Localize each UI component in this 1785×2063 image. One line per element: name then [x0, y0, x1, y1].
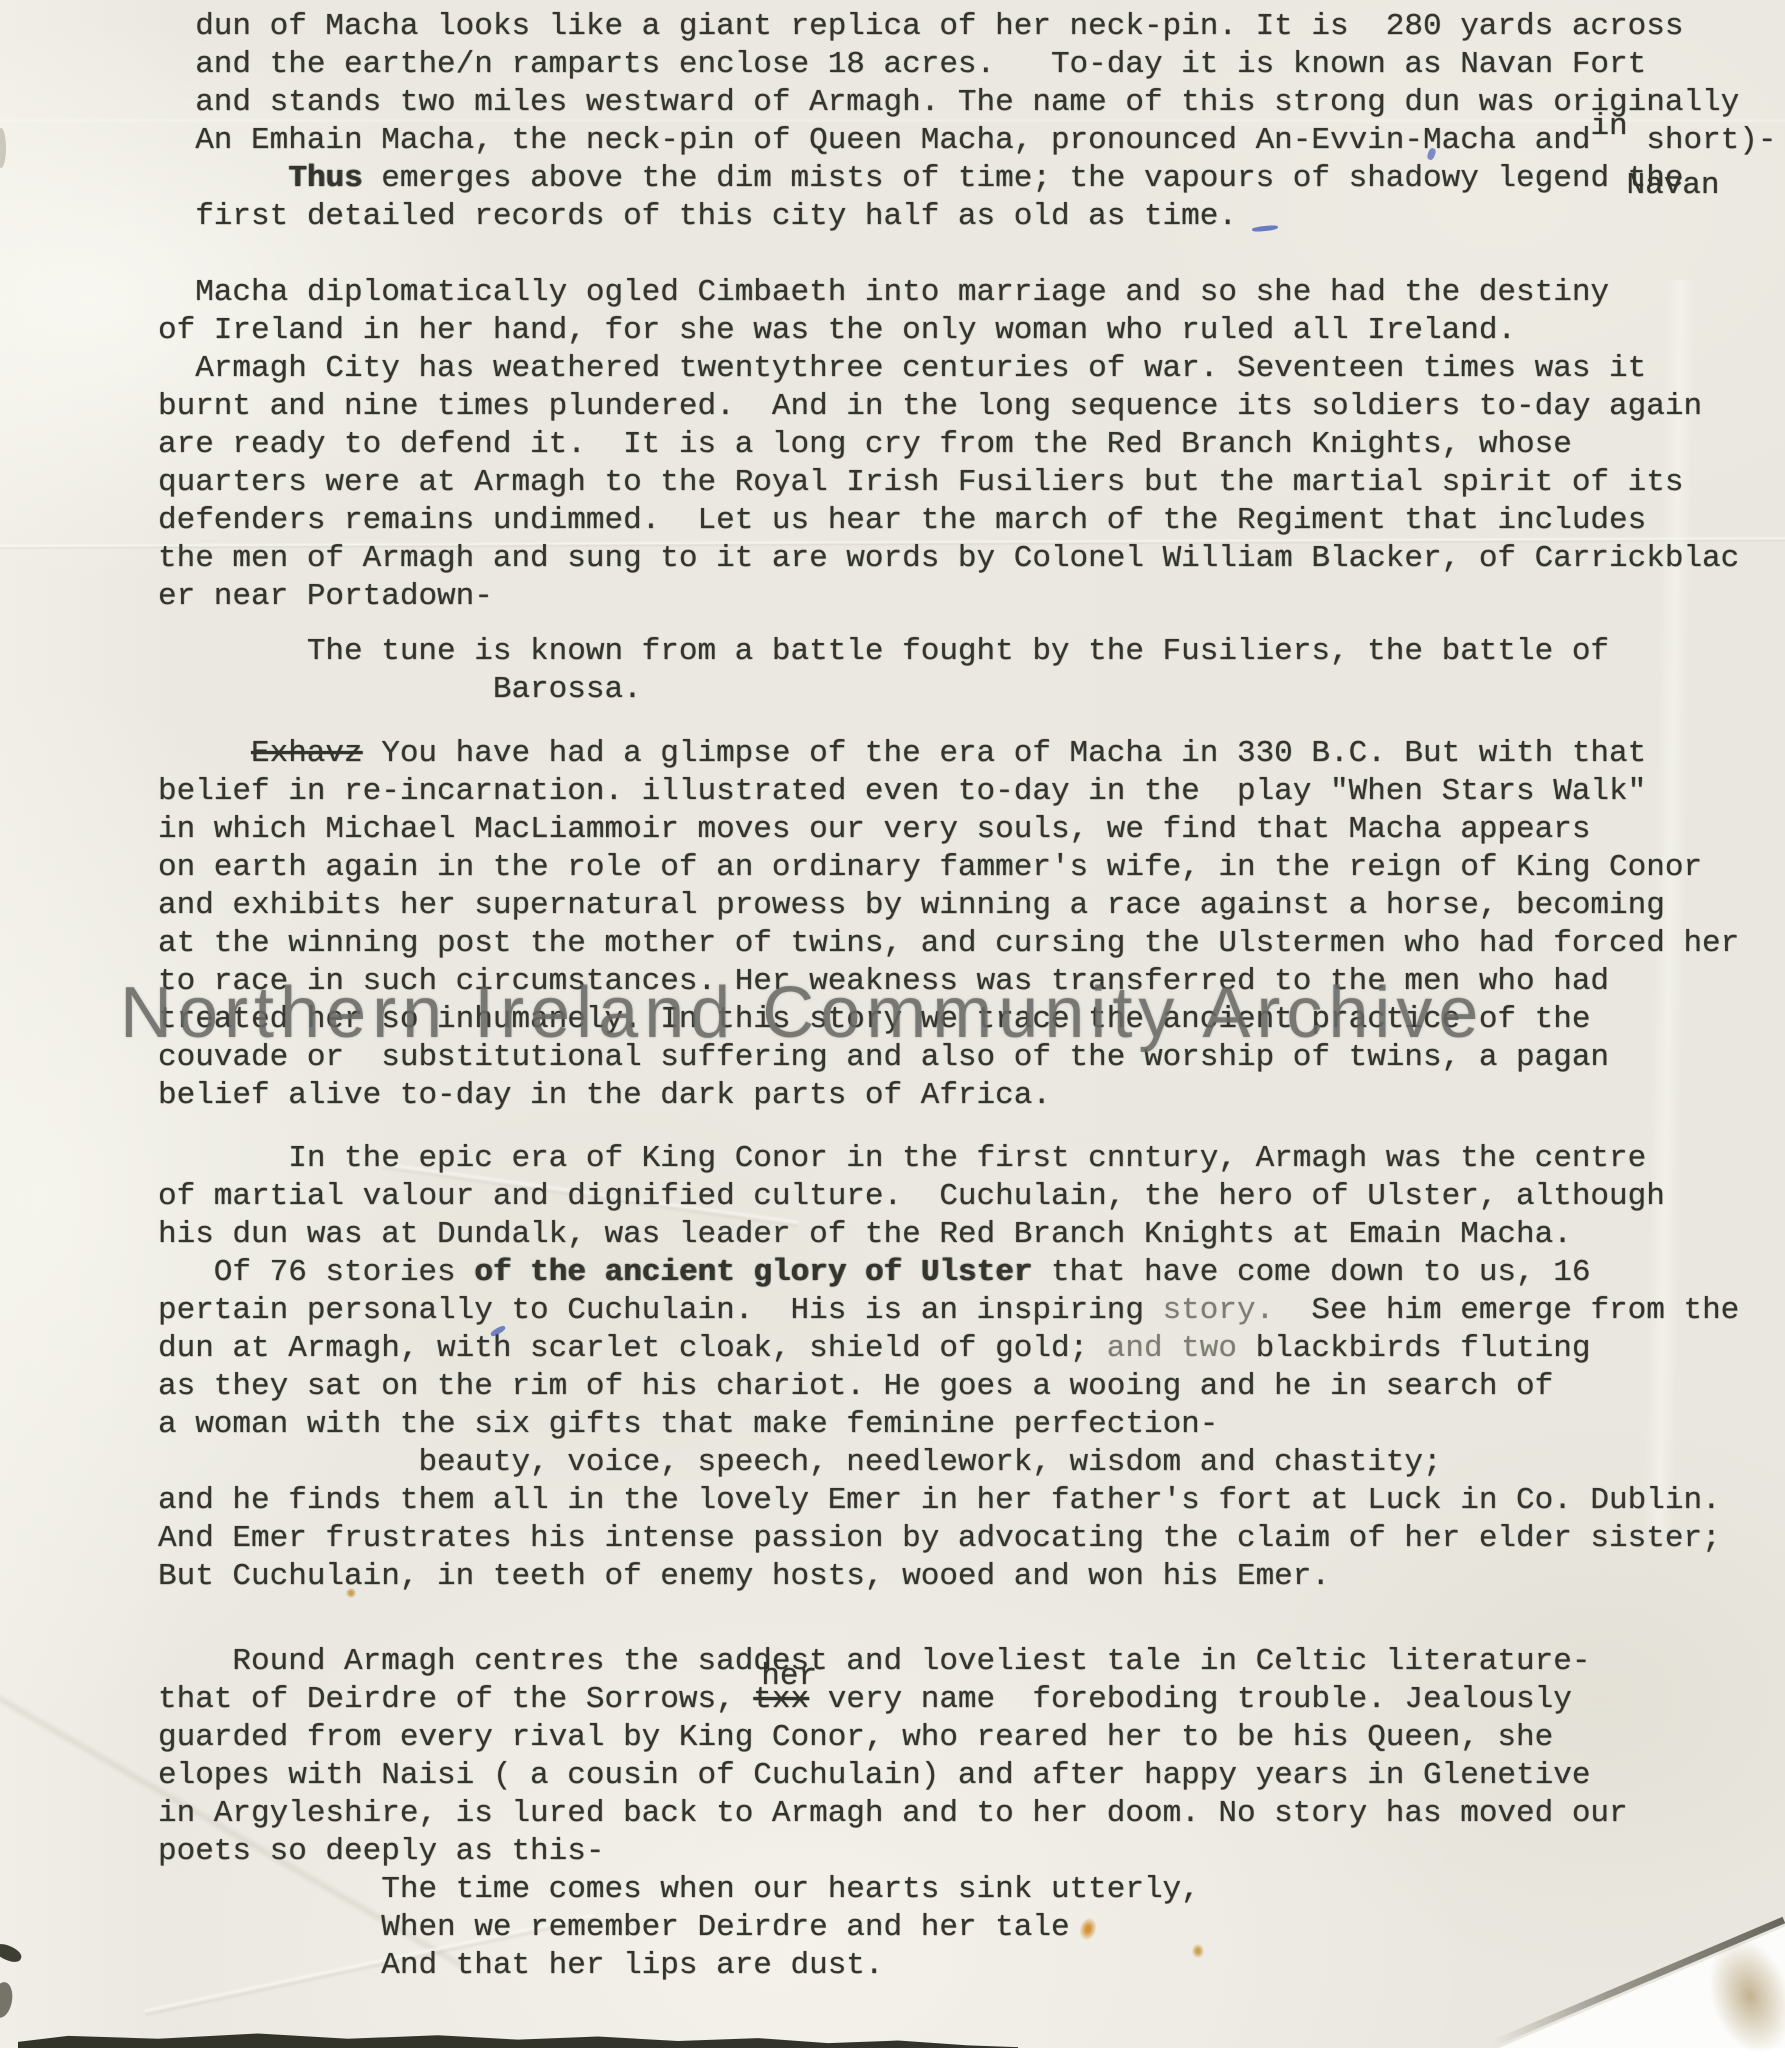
- text-segment: a woman with the six gifts that make fem…: [158, 1407, 1218, 1442]
- text-segment: When we remember Deirdre and her tale: [381, 1910, 1069, 1945]
- text-segment: Of 76 stories: [214, 1255, 474, 1290]
- text-line: dun of Macha looks like a giant replica …: [158, 8, 1776, 46]
- paragraph: Exhavz You have had a glimpse of the era…: [158, 735, 1739, 1115]
- text-line: In the epic era of King Conor in the fir…: [158, 1140, 1739, 1178]
- text-segment: dun at Armagh, with scarlet cloak, shiel…: [158, 1331, 1107, 1366]
- text-segment: Barossa.: [493, 672, 642, 707]
- text-segment: very name foreboding trouble. Jealously: [809, 1682, 1572, 1717]
- text-segment: beauty, voice, speech, needlework, wisdo…: [418, 1445, 1441, 1480]
- text-segment: at the winning post the mother of twins,…: [158, 926, 1739, 961]
- text-line: defenders remains undimmed. Let us hear …: [158, 502, 1739, 540]
- text-line: that of Deirdre of the Sorrows, txxher v…: [158, 1681, 1628, 1719]
- text-segment: blackbirds fluting: [1237, 1331, 1590, 1366]
- text-line: guarded from every rival by King Conor, …: [158, 1719, 1628, 1757]
- text-segment: and stands two miles westward of Armagh.…: [195, 85, 1739, 120]
- text-segment: are ready to defend it. It is a long cry…: [158, 427, 1572, 462]
- text-line: The time comes when our hearts sink utte…: [158, 1871, 1628, 1909]
- scanned-paper: of the dun of Macha looks like a giant r…: [0, 0, 1785, 2048]
- text-line: er near Portadown-: [158, 578, 1739, 616]
- paragraph: Macha diplomatically ogled Cimbaeth into…: [158, 274, 1739, 616]
- text-segment: See him emerge from the: [1274, 1293, 1739, 1328]
- text-segment: And Emer frustrates his intense passion …: [158, 1521, 1721, 1556]
- text-line: beauty, voice, speech, needlework, wisdo…: [158, 1444, 1739, 1482]
- text-line: burnt and nine times plundered. And in t…: [158, 388, 1739, 426]
- text-segment: And that her lips are dust.: [381, 1948, 883, 1983]
- paragraph: The tune is known from a battle fought b…: [158, 633, 1609, 709]
- text-segment: burnt and nine times plundered. And in t…: [158, 389, 1702, 424]
- text-segment: dun of Macha looks like a giant replica …: [195, 9, 1683, 44]
- text-segment: er near Portadown-: [158, 579, 493, 614]
- text-segment: quarters were at Armagh to the Royal Iri…: [158, 465, 1683, 500]
- text-line: as they sat on the rim of his chariot. H…: [158, 1368, 1739, 1406]
- text-line: dun at Armagh, with scarlet cloak, shiel…: [158, 1330, 1739, 1368]
- watermark: Northern Ireland Community Archive: [120, 972, 1484, 1054]
- inserted-word: her: [761, 1658, 817, 1696]
- text-line: belief in re-incarnation. illustrated ev…: [158, 773, 1739, 811]
- text-line: of Ireland in her hand, for she was the …: [158, 312, 1739, 350]
- text-segment: An Emhain Macha, the neck-pin of Queen M…: [195, 123, 1590, 158]
- paragraph: In the epic era of King Conor in the fir…: [158, 1140, 1739, 1596]
- text-line: Thus emerges above the dim mists of time…: [158, 160, 1776, 198]
- scan-edge-shadow: [18, 2026, 1018, 2048]
- text-segment: Exhavz: [251, 736, 363, 771]
- text-line: and exhibits her supernatural prowess by…: [158, 887, 1739, 925]
- text-line: belief alive to-day in the dark parts of…: [158, 1077, 1739, 1115]
- text-segment: elopes with Naisi ( a cousin of Cuchulai…: [158, 1758, 1590, 1793]
- text-segment: his dun was at Dundalk, was leader of th…: [158, 1217, 1572, 1252]
- text-line: in which Michael MacLiammoir moves our v…: [158, 811, 1739, 849]
- text-segment: pertain personally to Cuchulain. His is …: [158, 1293, 1163, 1328]
- text-segment: emerges above the dim mists of time; the…: [363, 161, 1684, 196]
- text-segment: Round Armagh centres the saddest and lov…: [232, 1644, 1590, 1679]
- text-segment: in Argyleshire, is lured back to Armagh …: [158, 1796, 1628, 1831]
- text-line: pertain personally to Cuchulain. His is …: [158, 1292, 1739, 1330]
- text-line: and he finds them all in the lovely Emer…: [158, 1482, 1739, 1520]
- text-line: Armagh City has weathered twentythree ce…: [158, 350, 1739, 388]
- text-segment: belief alive to-day in the dark parts of…: [158, 1078, 1051, 1113]
- text-segment: poets so deeply as this-: [158, 1834, 604, 1869]
- text-segment: in which Michael MacLiammoir moves our v…: [158, 812, 1590, 847]
- text-segment: The time comes when our hearts sink utte…: [381, 1872, 1200, 1907]
- text-segment: in: [1590, 109, 1627, 144]
- text-segment: guarded from every rival by King Conor, …: [158, 1720, 1553, 1755]
- text-line: poets so deeply as this-: [158, 1833, 1628, 1871]
- text-line: And that her lips are dust.: [158, 1947, 1628, 1985]
- text-line: at the winning post the mother of twins,…: [158, 925, 1739, 963]
- text-segment: defenders remains undimmed. Let us hear …: [158, 503, 1646, 538]
- paper-edge-nick: [0, 1941, 24, 1965]
- paper-edge-nick: [0, 128, 6, 168]
- text-line: The tune is known from a battle fought b…: [158, 633, 1609, 671]
- text-segment: and the earthe/n ramparts enclose 18 acr…: [195, 47, 1646, 82]
- text-segment: the men of Armagh and sung to it are wor…: [158, 541, 1739, 576]
- text-line: first detailed records of this city half…: [158, 198, 1776, 236]
- paragraph: dun of Macha looks like a giant replica …: [158, 8, 1776, 236]
- text-line: Macha diplomatically ogled Cimbaeth into…: [158, 274, 1739, 312]
- text-line: of martial valour and dignified culture.…: [158, 1178, 1739, 1216]
- text-segment: story.: [1163, 1293, 1275, 1328]
- text-line: Exhavz You have had a glimpse of the era…: [158, 735, 1739, 773]
- text-segment: txxher: [753, 1682, 809, 1717]
- text-line: quarters were at Armagh to the Royal Iri…: [158, 464, 1739, 502]
- text-segment: Armagh City has weathered twentythree ce…: [195, 351, 1646, 386]
- text-segment: that of Deirdre of the Sorrows,: [158, 1682, 753, 1717]
- text-line: Barossa.: [158, 671, 1609, 709]
- text-line: When we remember Deirdre and her tale: [158, 1909, 1628, 1947]
- text-segment: You have had a glimpse of the era of Mac…: [363, 736, 1647, 771]
- paper-edge-nick: [0, 1981, 15, 2020]
- text-segment: as they sat on the rim of his chariot. H…: [158, 1369, 1553, 1404]
- text-segment: and he finds them all in the lovely Emer…: [158, 1483, 1721, 1518]
- text-segment: The tune is known from a battle fought b…: [307, 634, 1609, 669]
- text-line: a woman with the six gifts that make fem…: [158, 1406, 1739, 1444]
- text-line: in Argyleshire, is lured back to Armagh …: [158, 1795, 1628, 1833]
- text-line: the men of Armagh and sung to it are wor…: [158, 540, 1739, 578]
- text-segment: on earth again in the role of an ordinar…: [158, 850, 1702, 885]
- text-segment: that have come down to us, 16: [1032, 1255, 1590, 1290]
- text-segment: and two: [1107, 1331, 1237, 1366]
- text-segment: But Cuchulain, in teeth of enemy hosts, …: [158, 1559, 1330, 1594]
- text-line: and stands two miles westward of Armagh.…: [158, 84, 1776, 122]
- text-line: his dun was at Dundalk, was leader of th…: [158, 1216, 1739, 1254]
- text-segment: short)-: [1628, 123, 1777, 158]
- text-line: Of 76 stories of the ancient glory of Ul…: [158, 1254, 1739, 1292]
- text-segment: Macha diplomatically ogled Cimbaeth into…: [195, 275, 1609, 310]
- text-line: An Emhain Macha, the neck-pin of Queen M…: [158, 122, 1776, 160]
- text-line: elopes with Naisi ( a cousin of Cuchulai…: [158, 1757, 1628, 1795]
- text-line: are ready to defend it. It is a long cry…: [158, 426, 1739, 464]
- text-segment: and exhibits her supernatural prowess by…: [158, 888, 1665, 923]
- text-segment: belief in re-incarnation. illustrated ev…: [158, 774, 1646, 809]
- text-line: And Emer frustrates his intense passion …: [158, 1520, 1739, 1558]
- text-segment: of the ancient glory of Ulster: [474, 1255, 1032, 1290]
- text-segment: first detailed records of this city half…: [195, 199, 1237, 234]
- text-segment: of martial valour and dignified culture.…: [158, 1179, 1665, 1214]
- text-line: But Cuchulain, in teeth of enemy hosts, …: [158, 1558, 1739, 1596]
- text-line: Round Armagh centres the saddest and lov…: [158, 1643, 1628, 1681]
- text-segment: In the epic era of King Conor in the fir…: [288, 1141, 1646, 1176]
- text-line: and the earthe/n ramparts enclose 18 acr…: [158, 46, 1776, 84]
- text-line: on earth again in the role of an ordinar…: [158, 849, 1739, 887]
- text-segment: Thus: [288, 161, 362, 196]
- text-segment: of Ireland in her hand, for she was the …: [158, 313, 1516, 348]
- paragraph: Round Armagh centres the saddest and lov…: [158, 1643, 1628, 1985]
